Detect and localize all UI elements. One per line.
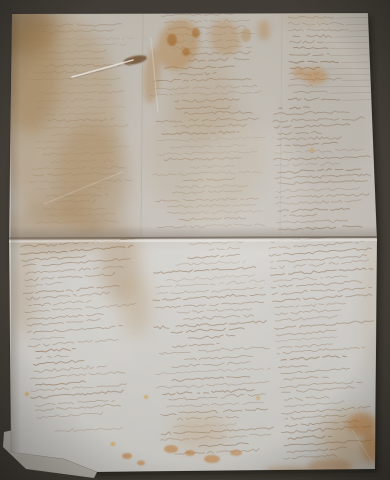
scan-canvas <box>0 0 390 480</box>
vignette <box>0 0 390 480</box>
archival-scan-view <box>0 0 390 480</box>
